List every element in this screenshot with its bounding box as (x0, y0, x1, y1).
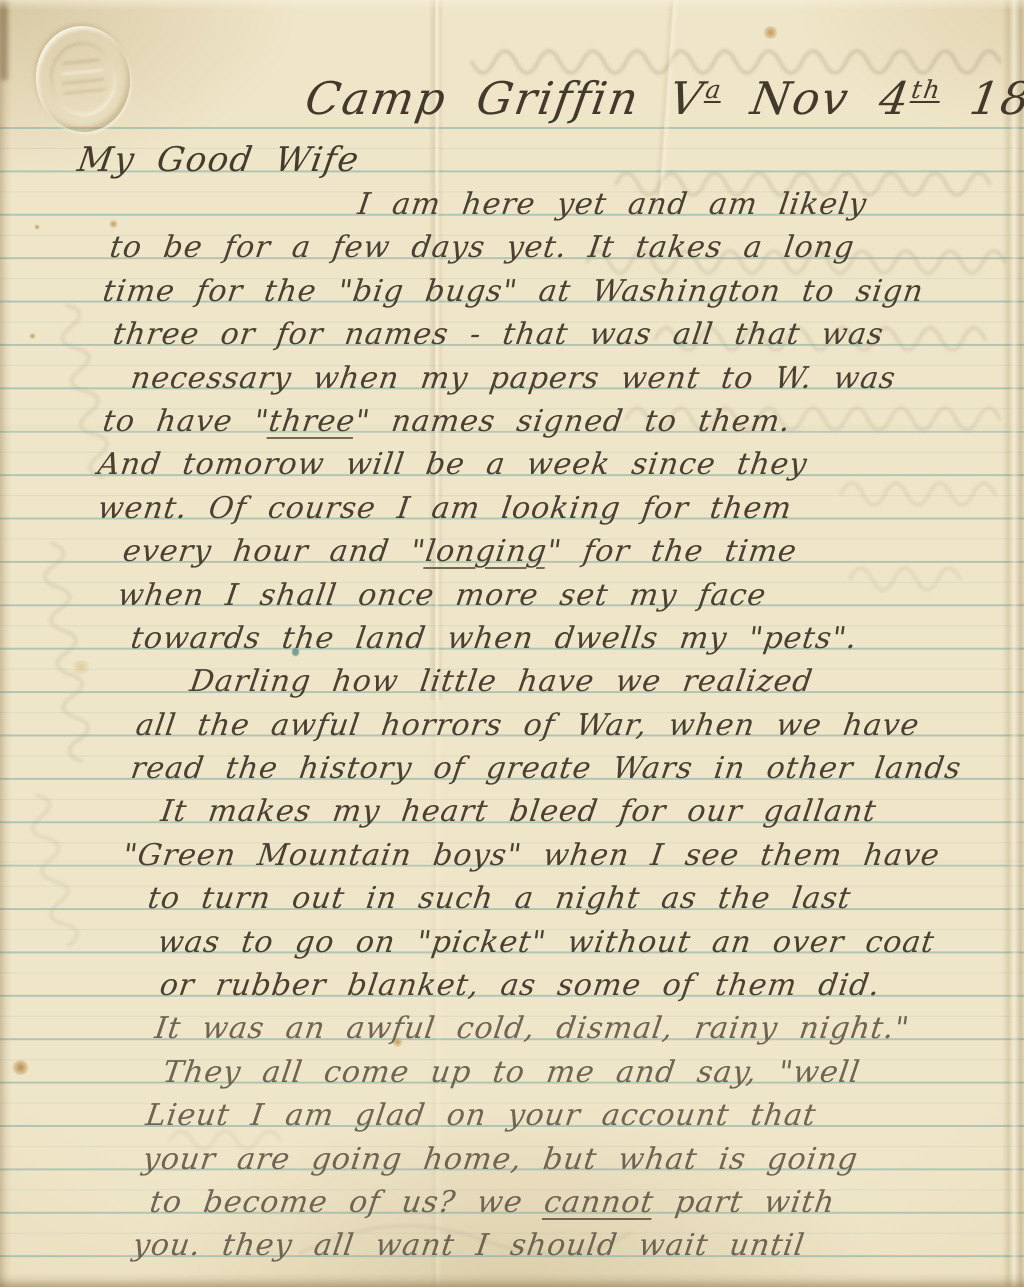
text-segment: was to go on "picket" without an over co… (156, 925, 937, 960)
text-segment: to turn out in such a night as the last (146, 881, 854, 916)
text-segment: your are going home, but what is going (141, 1142, 861, 1177)
letter-line-7: And tomorow will be a week since they (0, 443, 1024, 486)
text-segment: to become of us? we (148, 1185, 547, 1220)
letter-line-3: time for the "big bugs" at Washington to… (0, 270, 1024, 313)
text-segment: Camp Griffin V (302, 72, 709, 125)
text-segment: three or for names - that was all that w… (111, 317, 886, 352)
paper-bottom-edge-shadow (0, 1273, 1024, 1287)
text-segment: towards the land when dwells my "pets". (129, 621, 860, 656)
paper-left-edge-dark-sliver (0, 0, 8, 80)
letter-line-14: read the history of greate Wars in other… (0, 747, 1024, 790)
letter-line-4: three or for names - that was all that w… (0, 313, 1024, 356)
letter-line-20: It was an awful cold, dismal, rainy nigh… (0, 1007, 1024, 1050)
text-segment: Darling how little have we realized (188, 664, 816, 699)
letter-body: I am here yet and am likelyto be for a f… (0, 183, 1024, 1268)
text-segment: went. Of course I am looking for them (96, 491, 795, 526)
letter-line-18: was to go on "picket" without an over co… (0, 921, 1024, 964)
letter-line-10: when I shall once more set my face (0, 574, 1024, 617)
letter-line-9: every hour and "longing" for the time (0, 530, 1024, 573)
letter-salutation: My Good Wife (75, 140, 363, 180)
text-segment: Nov 4 (717, 72, 915, 125)
letter-line-8: went. Of course I am looking for them (0, 487, 1024, 530)
letter-line-17: to turn out in such a night as the last (0, 877, 1024, 920)
letter-line-5: necessary when my papers went to W. was (0, 357, 1024, 400)
letter-line-25: you. they all want I should wait until (0, 1224, 1024, 1267)
underlined-word: three (267, 404, 358, 439)
letter-line-16: "Green Mountain boys" when I see them ha… (0, 834, 1024, 877)
text-segment: They all come up to me and say, "well (161, 1055, 863, 1090)
text-segment: necessary when my papers went to W. was (129, 361, 899, 396)
text-segment: Lieut I am glad on your account that (144, 1098, 819, 1133)
letter-line-21: They all come up to me and say, "well (0, 1051, 1024, 1094)
letter-line-24: to become of us? we cannot part with (0, 1181, 1024, 1224)
letter-line-11: towards the land when dwells my "pets". (0, 617, 1024, 660)
text-segment: I am here yet and am likely (356, 187, 870, 222)
text-segment: or rubber blanket, as some of them did. (158, 968, 883, 1003)
text-segment: It was an awful cold, dismal, rainy nigh… (153, 1011, 912, 1046)
scanned-letter-page: { "document": { "type": "handwritten-let… (0, 0, 1024, 1287)
text-segment: to be for a few days yet. It takes a lon… (108, 230, 857, 265)
text-segment: " for the time (545, 534, 800, 569)
letter-line-22: Lieut I am glad on your account that (0, 1094, 1024, 1137)
text-segment: all the awful horrors of War, when we ha… (134, 708, 922, 743)
text-segment: you. they all want I should wait until (131, 1228, 807, 1263)
letter-line-23: your are going home, but what is going (0, 1138, 1024, 1181)
letter-line-13: all the awful horrors of War, when we ha… (0, 704, 1024, 747)
text-segment: It makes my heart bleed for our gallant (159, 794, 879, 829)
paper-left-edge-shadow (0, 0, 12, 1287)
letter-line-2: to be for a few days yet. It takes a lon… (0, 226, 1024, 269)
underlined-word: cannot (542, 1185, 656, 1220)
underlined-word: longing (423, 534, 549, 569)
letter-line-19: or rubber blanket, as some of them did. (0, 964, 1024, 1007)
letter-heading: Camp Griffin Va Nov 4th 1861 (302, 72, 1024, 125)
text-segment: "Green Mountain boys" when I see them ha… (121, 838, 943, 873)
text-segment: " names signed to them. (353, 404, 793, 439)
text-segment: And tomorow will be a week since they (96, 447, 810, 482)
letter-line-12: Darling how little have we realized (0, 660, 1024, 703)
text-segment: 1861 (936, 72, 1024, 125)
letter-line-15: It makes my heart bleed for our gallant (0, 790, 1024, 833)
letter-line-6: to have "three" names signed to them. (0, 400, 1024, 443)
text-segment: part with (651, 1185, 837, 1220)
text-segment: when I shall once more set my face (116, 578, 769, 613)
letter-line-1: I am here yet and am likely (0, 183, 1024, 226)
text-segment: time for the "big bugs" at Washington to… (101, 274, 926, 309)
text-segment: every hour and " (121, 534, 429, 569)
text-segment: to have " (101, 404, 272, 439)
paper-top-edge-highlight (0, 0, 1024, 12)
text-segment: read the history of greate Wars in other… (129, 751, 964, 786)
